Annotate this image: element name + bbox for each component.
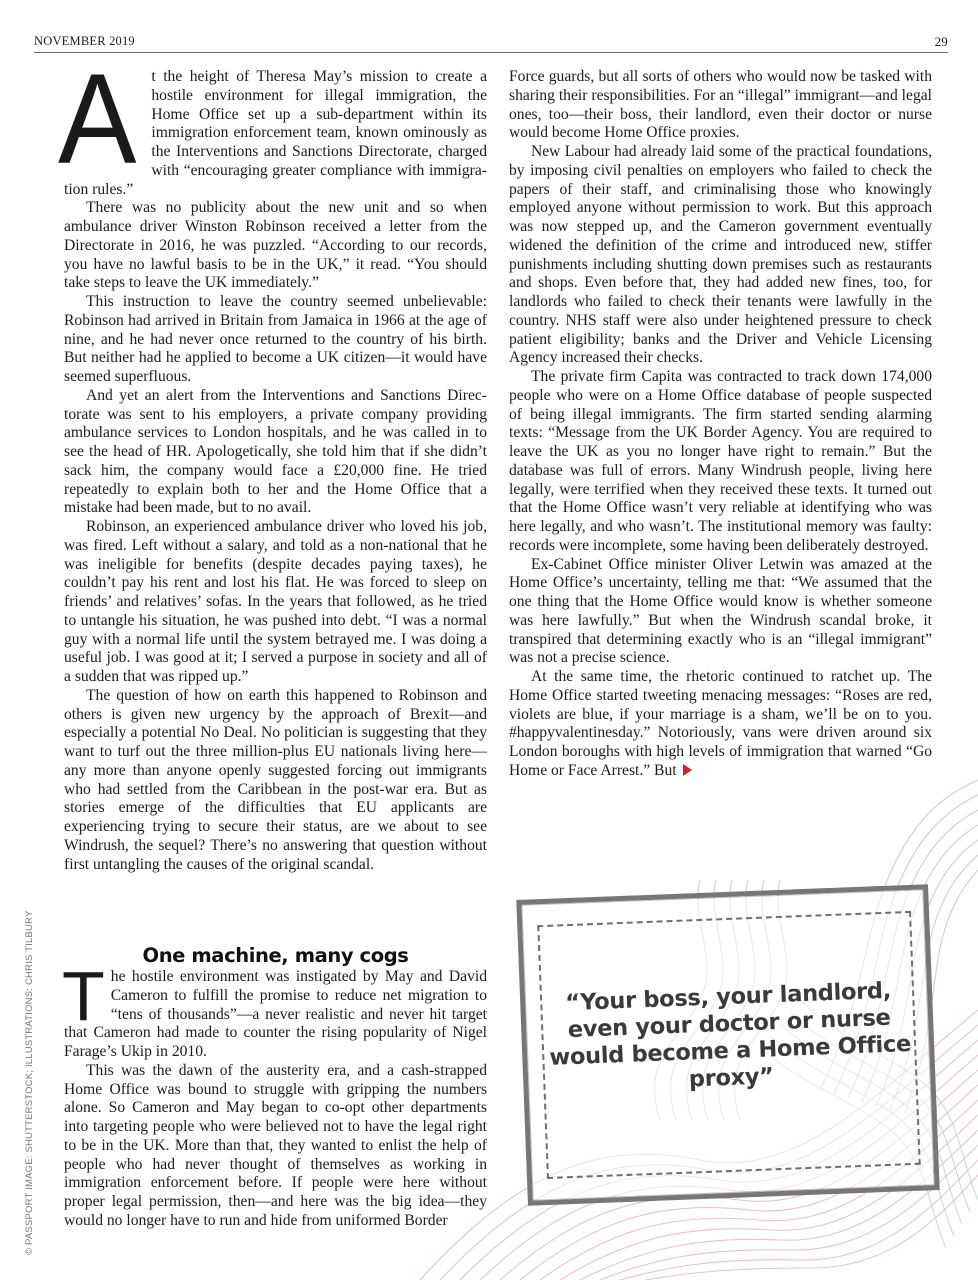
article-paragraph: The question of how on earth this happen… [64,687,487,875]
article-paragraph: New Labour had already laid some of the … [509,143,932,368]
page-header: NOVEMBER 2019 29 [34,30,948,53]
article-paragraph: At the height of Theresa May’s mission t… [64,68,487,199]
article-paragraph: There was no publicity about the new uni… [64,199,487,293]
article-paragraph: And yet an alert from the Interventions … [64,387,487,518]
issue-date: NOVEMBER 2019 [34,34,135,49]
article-column-left-bottom: The hostile environment was instigated b… [64,968,487,1231]
photo-credit: © PASSPORT IMAGE: SHUTTERSTOCK; ILLUSTRA… [24,910,35,1255]
article-paragraph: Ex-Cabinet Office minister Oliver Letwin… [509,556,932,669]
article-paragraph: The private firm Capita was contracted t… [509,368,932,556]
article-paragraph: This instruction to leave the country se… [64,293,487,387]
page-number: 29 [935,34,948,50]
section-subhead: One machine, many cogs [64,944,487,967]
drop-cap: T [62,970,105,1026]
pull-quote-text: “Your boss, your landlord, even your doc… [546,977,914,1099]
drop-cap: A [58,68,137,170]
article-paragraph: At the same time, the rhetoric continued… [509,668,932,781]
article-paragraph: Robinson, an experienced ambulance drive… [64,518,487,687]
article-paragraph: Force guards, but all sorts of others wh… [509,68,932,143]
article-paragraph: This was the dawn of the austerity era, … [64,1062,487,1231]
continue-arrow-icon [683,764,692,776]
article-paragraph: The hostile environment was instigated b… [64,968,487,1062]
article-column-right: Force guards, but all sorts of others wh… [509,68,932,781]
pull-quote-stamp: “Your boss, your landlord, even your doc… [516,884,939,1206]
article-column-left-top: At the height of Theresa May’s mission t… [64,68,487,874]
